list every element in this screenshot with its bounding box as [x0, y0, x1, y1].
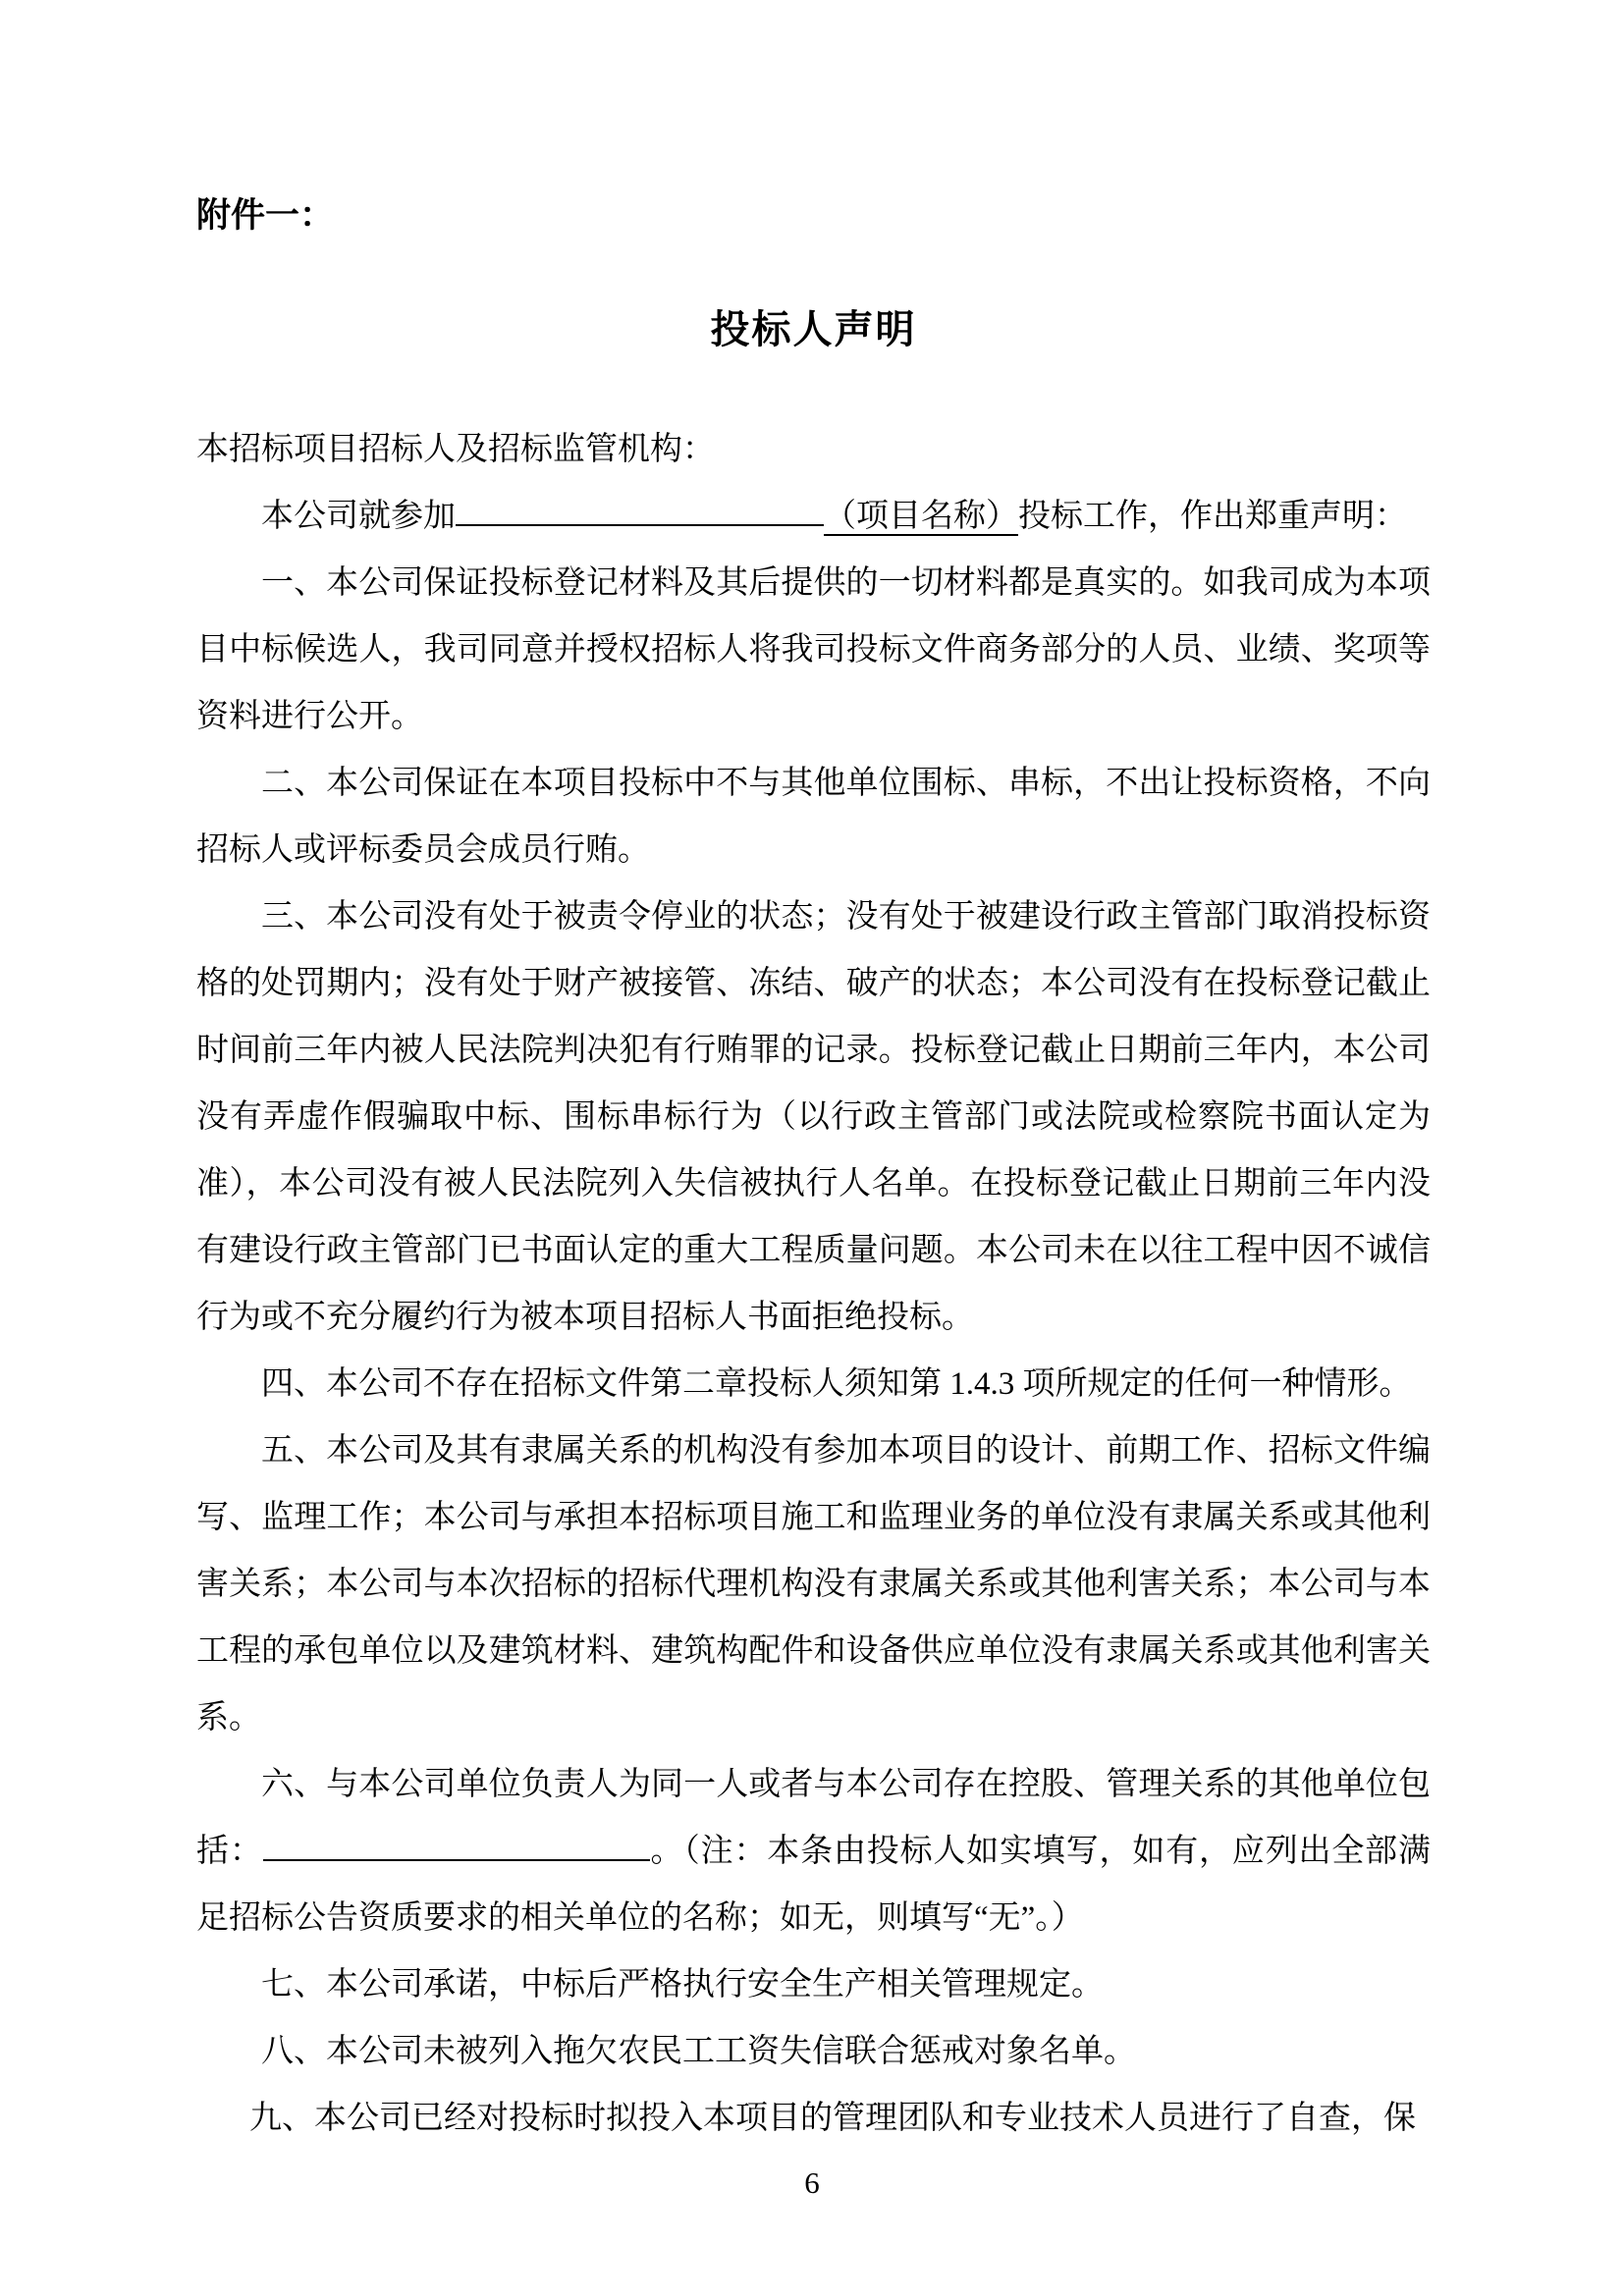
- body-text: 本招标项目招标人及招标监管机构： 本公司就参加（项目名称）投标工作，作出郑重声明…: [196, 416, 1431, 2152]
- clause-8: 八、本公司未被列入拖欠农民工工资失信联合惩戒对象名单。: [196, 2018, 1431, 2085]
- opening-post-text: 投标工作，作出郑重声明：: [1018, 499, 1407, 534]
- project-name-blank: [456, 492, 824, 526]
- clause-2: 二、本公司保证在本项目投标中不与其他单位围标、串标，不出让投标资格，不向招标人或…: [196, 750, 1431, 883]
- project-name-caption: （项目名称）: [824, 499, 1018, 536]
- clause-4: 四、本公司不存在招标文件第二章投标人须知第 1.4.3 项所规定的任何一种情形。: [196, 1351, 1431, 1417]
- declaration-opening: 本公司就参加（项目名称）投标工作，作出郑重声明：: [196, 483, 1431, 550]
- document-title: 投标人声明: [196, 304, 1431, 355]
- clause-3: 三、本公司没有处于被责令停业的状态；没有处于被建设行政主管部门取消投标资格的处罚…: [196, 883, 1431, 1351]
- document-content: 附件一： 投标人声明 本招标项目招标人及招标监管机构： 本公司就参加（项目名称）…: [196, 194, 1431, 2152]
- clause-7: 七、本公司承诺，中标后严格执行安全生产相关管理规定。: [196, 1951, 1431, 2018]
- attachment-label: 附件一：: [196, 194, 1431, 238]
- clause-1: 一、本公司保证投标登记材料及其后提供的一切材料都是真实的。如我司成为本项目中标候…: [196, 550, 1431, 750]
- document-page: 附件一： 投标人声明 本招标项目招标人及招标监管机构： 本公司就参加（项目名称）…: [0, 0, 1624, 2296]
- opening-pre-text: 本公司就参加: [261, 499, 456, 534]
- page-number: 6: [0, 2165, 1624, 2201]
- clause-9: 九、本公司已经对投标时拟投入本项目的管理团队和专业技术人员进行了自查，保: [196, 2085, 1431, 2152]
- clause-6: 六、与本公司单位负责人为同一人或者与本公司存在控股、管理关系的其他单位包括：。（…: [196, 1751, 1431, 1951]
- intro-line: 本招标项目招标人及招标监管机构：: [196, 416, 1431, 483]
- related-units-blank: [263, 1827, 650, 1861]
- clause-5: 五、本公司及其有隶属关系的机构没有参加本项目的设计、前期工作、招标文件编写、监理…: [196, 1417, 1431, 1751]
